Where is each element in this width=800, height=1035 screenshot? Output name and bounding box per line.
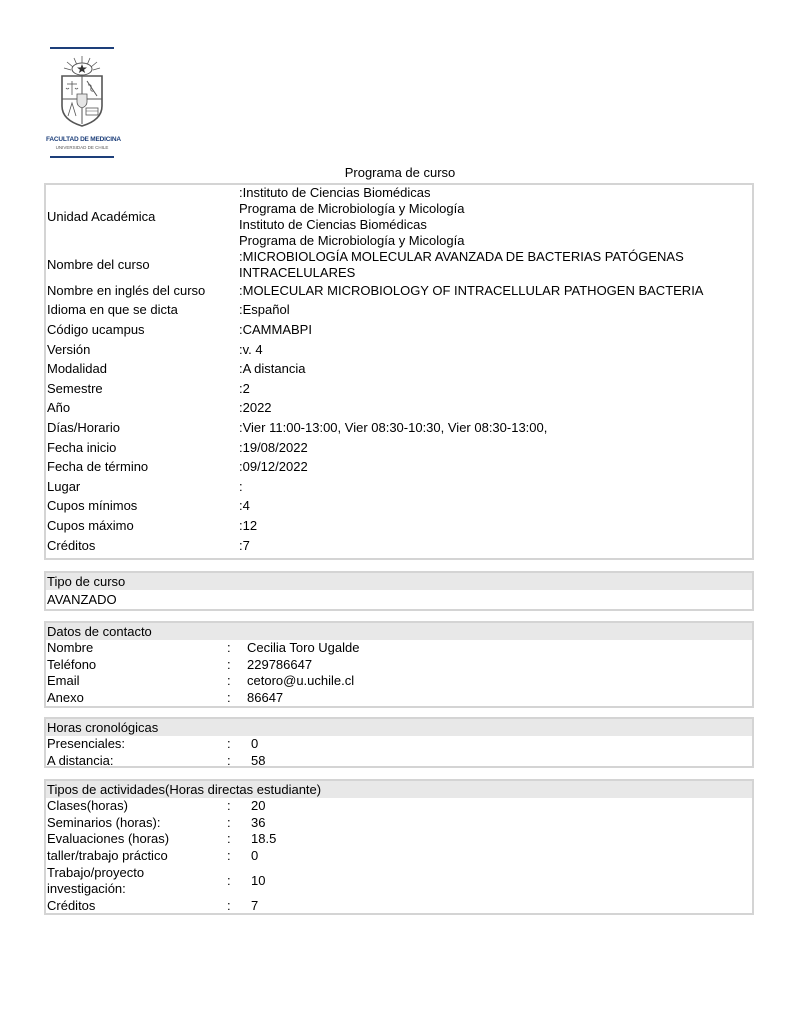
- info-value: :Instituto de Ciencias BiomédicasProgram…: [239, 185, 752, 249]
- info-value-line: Instituto de Ciencias Biomédicas: [239, 217, 752, 233]
- kv-label: Seminarios (horas):: [47, 815, 227, 832]
- info-label: Cupos mínimos: [46, 497, 239, 517]
- kv-row: A distancia::58: [46, 753, 752, 770]
- kv-label: Nombre: [47, 640, 227, 657]
- info-row: Lugar:: [46, 477, 752, 497]
- info-row: Créditos:7: [46, 536, 752, 556]
- section-heading: Tipos de actividades(Horas directas estu…: [46, 781, 752, 798]
- kv-row: taller/trabajo práctico:0: [46, 848, 752, 865]
- info-value-line: Programa de Microbiología y Micología: [239, 233, 752, 249]
- info-label: Créditos: [46, 536, 239, 556]
- section-heading: Horas cronológicas: [46, 719, 752, 736]
- info-value: :MOLECULAR MICROBIOLOGY OF INTRACELLULAR…: [239, 281, 752, 301]
- info-value: :19/08/2022: [239, 438, 752, 458]
- kv-value: 36: [251, 815, 752, 832]
- info-label: Modalidad: [46, 359, 239, 379]
- kv-row: Anexo:86647: [46, 690, 752, 707]
- kv-value[interactable]: cetoro@u.uchile.cl: [247, 673, 752, 690]
- kv-separator: :: [227, 673, 247, 690]
- info-row: Código ucampus:CAMMABPI: [46, 320, 752, 340]
- kv-label-line: Trabajo/proyecto: [47, 865, 227, 881]
- kv-separator: :: [227, 690, 247, 707]
- kv-value: 86647: [247, 690, 752, 707]
- kv-separator: :: [227, 753, 251, 770]
- info-value: :Vier 11:00-13:00, Vier 08:30-10:30, Vie…: [239, 418, 752, 438]
- info-value: :Español: [239, 301, 752, 321]
- kv-value: 229786647: [247, 657, 752, 674]
- faculty-logo: FACULTAD DE MEDICINA UNIVERSIDAD DE CHIL…: [46, 46, 118, 160]
- info-value: :2: [239, 379, 752, 399]
- kv-row: Clases(horas):20: [46, 798, 752, 815]
- kv-separator: :: [227, 736, 251, 753]
- info-row: Días/Horario:Vier 11:00-13:00, Vier 08:3…: [46, 418, 752, 438]
- kv-label: A distancia:: [47, 753, 227, 770]
- contact-rows: Nombre:Cecilia Toro UgaldeTeléfono:22978…: [46, 640, 752, 706]
- info-value: :CAMMABPI: [239, 320, 752, 340]
- kv-label: Trabajo/proyectoinvestigación:: [47, 865, 227, 897]
- kv-separator: :: [227, 815, 251, 832]
- kv-separator: :: [227, 657, 247, 674]
- kv-separator: :: [227, 873, 251, 889]
- info-row: Unidad Académica:Instituto de Ciencias B…: [46, 185, 752, 249]
- info-value: :A distancia: [239, 359, 752, 379]
- kv-value: 0: [251, 736, 752, 753]
- university-name: UNIVERSIDAD DE CHILE: [46, 145, 118, 150]
- kv-value: 18.5: [251, 831, 752, 848]
- kv-value: 20: [251, 798, 752, 815]
- info-value: :: [239, 477, 752, 497]
- kv-row: Evaluaciones (horas):18.5: [46, 831, 752, 848]
- info-label: Código ucampus: [46, 320, 239, 340]
- course-info-rows: Unidad Académica:Instituto de Ciencias B…: [46, 185, 752, 555]
- info-row: Cupos máximo:12: [46, 516, 752, 536]
- info-row: Nombre del curso:MICROBIOLOGÍA MOLECULAR…: [46, 249, 752, 281]
- kv-label: Presenciales:: [47, 736, 227, 753]
- activities-rows: Clases(horas):20Seminarios (horas)::36Ev…: [46, 798, 752, 915]
- contact-section: Datos de contacto Nombre:Cecilia Toro Ug…: [44, 621, 754, 708]
- kv-value: 10: [251, 873, 752, 889]
- info-label: Año: [46, 399, 239, 419]
- info-value-line: INTRACELULARES: [239, 265, 752, 281]
- info-value-line: :MICROBIOLOGÍA MOLECULAR AVANZADA DE BAC…: [239, 249, 752, 265]
- info-label: Nombre del curso: [46, 249, 239, 281]
- course-info-table: Unidad Académica:Instituto de Ciencias B…: [44, 183, 754, 560]
- kv-label: Clases(horas): [47, 798, 227, 815]
- hours-rows: Presenciales::0A distancia::58: [46, 736, 752, 769]
- kv-row: Teléfono:229786647: [46, 657, 752, 674]
- kv-row: Email:cetoro@u.uchile.cl: [46, 673, 752, 690]
- faculty-name: FACULTAD DE MEDICINA: [46, 136, 118, 143]
- info-row: Fecha de término:09/12/2022: [46, 457, 752, 477]
- info-value: :MICROBIOLOGÍA MOLECULAR AVANZADA DE BAC…: [239, 249, 752, 281]
- info-label: Lugar: [46, 477, 239, 497]
- kv-label: Teléfono: [47, 657, 227, 674]
- info-label: Unidad Académica: [46, 185, 239, 249]
- info-value: :7: [239, 536, 752, 556]
- kv-row: Créditos:7: [46, 898, 752, 915]
- university-crest-icon: [56, 54, 108, 134]
- kv-label: Créditos: [47, 898, 227, 915]
- info-row: Fecha inicio:19/08/2022: [46, 438, 752, 458]
- kv-label: Evaluaciones (horas): [47, 831, 227, 848]
- info-label: Cupos máximo: [46, 516, 239, 536]
- info-row: Semestre:2: [46, 379, 752, 399]
- kv-label: Email: [47, 673, 227, 690]
- kv-separator: :: [227, 831, 251, 848]
- kv-label: Anexo: [47, 690, 227, 707]
- kv-value: Cecilia Toro Ugalde: [247, 640, 752, 657]
- hours-section: Horas cronológicas Presenciales::0A dist…: [44, 717, 754, 768]
- info-value: :09/12/2022: [239, 457, 752, 477]
- info-row: Nombre en inglés del curso:MOLECULAR MIC…: [46, 281, 752, 301]
- kv-value: 58: [251, 753, 752, 770]
- kv-value: 0: [251, 848, 752, 865]
- info-row: Idioma en que se dicta:Español: [46, 301, 752, 321]
- kv-label: taller/trabajo práctico: [47, 848, 227, 865]
- page-title: Programa de curso: [0, 165, 800, 180]
- info-row: Cupos mínimos:4: [46, 497, 752, 517]
- info-label: Días/Horario: [46, 418, 239, 438]
- info-value: :12: [239, 516, 752, 536]
- logo-top-rule: [50, 47, 114, 49]
- kv-row: Trabajo/proyectoinvestigación::10: [46, 864, 752, 898]
- info-label: Versión: [46, 340, 239, 360]
- info-label: Nombre en inglés del curso: [46, 281, 239, 301]
- info-label: Fecha inicio: [46, 438, 239, 458]
- kv-separator: :: [227, 898, 251, 915]
- info-value-line: Programa de Microbiología y Micología: [239, 201, 752, 217]
- info-label: Idioma en que se dicta: [46, 301, 239, 321]
- info-label: Semestre: [46, 379, 239, 399]
- info-row: Año:2022: [46, 399, 752, 419]
- kv-separator: :: [227, 848, 251, 865]
- section-heading: Tipo de curso: [46, 573, 752, 590]
- section-heading: Datos de contacto: [46, 623, 752, 640]
- info-label: Fecha de término: [46, 457, 239, 477]
- logo-bottom-rule: [50, 156, 114, 158]
- course-type-section: Tipo de curso AVANZADO: [44, 571, 754, 611]
- kv-row: Nombre:Cecilia Toro Ugalde: [46, 640, 752, 657]
- info-value: :4: [239, 497, 752, 517]
- info-value: :2022: [239, 399, 752, 419]
- activities-section: Tipos de actividades(Horas directas estu…: [44, 779, 754, 915]
- info-value-line: :Instituto de Ciencias Biomédicas: [239, 185, 752, 201]
- info-row: Versión:v. 4: [46, 340, 752, 360]
- kv-value: 7: [251, 898, 752, 915]
- kv-row: Seminarios (horas)::36: [46, 815, 752, 832]
- info-value: :v. 4: [239, 340, 752, 360]
- kv-row: Presenciales::0: [46, 736, 752, 753]
- kv-separator: :: [227, 798, 251, 815]
- course-type-value: AVANZADO: [46, 590, 752, 609]
- kv-separator: :: [227, 640, 247, 657]
- kv-label-line: investigación:: [47, 881, 227, 897]
- info-row: Modalidad:A distancia: [46, 359, 752, 379]
